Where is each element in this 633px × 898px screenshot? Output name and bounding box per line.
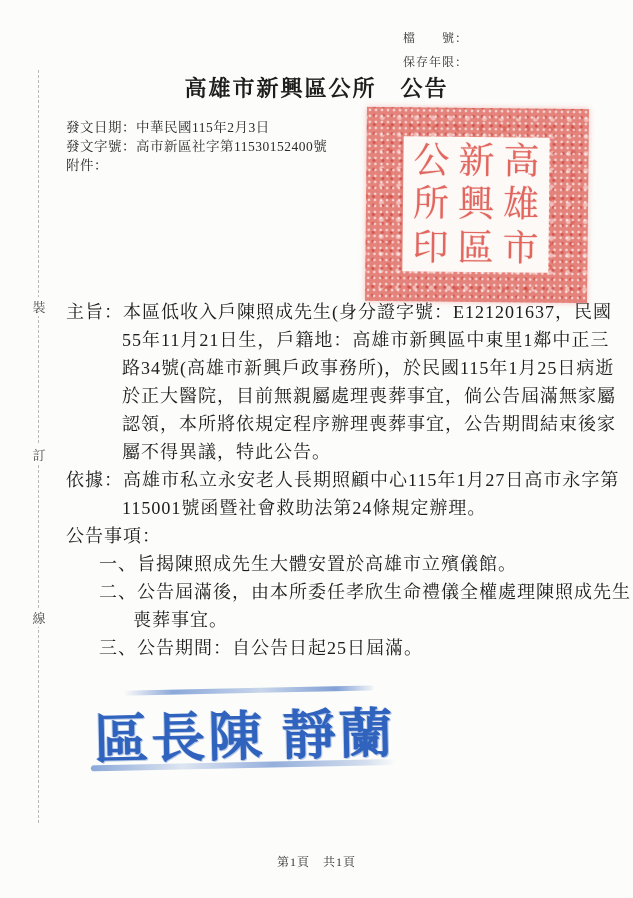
body-line-item-2: 二、公告屆滿後，由本所委任孝欣生命禮儀全權處理陳照成先生: [99, 580, 631, 604]
document-meta: 發文日期：中華民國115年2月3日 發文字號：高市新區社字第1153015240…: [66, 118, 327, 175]
body-line-subject-3: 路34號(高雄市新興戶政事務所)，於民國115年1月25日病逝: [122, 356, 614, 380]
seal-char: 所: [409, 183, 453, 224]
attachment-label: 附件：: [66, 156, 327, 175]
binding-mark-ding: 訂: [31, 445, 47, 464]
archive-number-label: 檔 號：: [403, 26, 468, 50]
seal-inner-face: 公 所 印 新 興 區 高 雄 市: [402, 136, 549, 273]
page-number: 第1頁 共1頁: [0, 853, 633, 870]
body-line-subject-1: 主旨：本區低收入戶陳照成先生(身分證字號：E121201637，民國: [66, 300, 612, 324]
body-line-subject-5: 認領，本所將依規定程序辦理喪葬事宜，公告期間結束後家: [122, 412, 616, 436]
seal-char: 印: [408, 227, 452, 268]
body-line-item-1: 一、旨揭陳照成先生大體安置於高雄市立殯儀館。: [99, 552, 517, 576]
body-line-item-2-cont: 喪葬事宜。: [133, 608, 228, 632]
seal-char: 高: [499, 141, 543, 182]
seal-column-middle: 新 興 區: [453, 139, 498, 270]
retention-period-label: 保存年限：: [403, 50, 468, 74]
body-line-subject-4: 於正大醫院，目前無親屬處理喪葬事宜，倘公告屆滿無家屬: [122, 384, 616, 408]
body-line-subject-6: 屬不得異議，特此公告。: [122, 440, 331, 464]
body-line-subject-2: 55年11月21日生，戶籍地：高雄市新興區中東里1鄰中正三: [122, 328, 609, 352]
seal-char: 雄: [499, 184, 543, 225]
archive-labels: 檔 號： 保存年限：: [403, 26, 468, 74]
seal-char: 市: [498, 228, 542, 269]
issue-number: 發文字號：高市新區社字第11530152400號: [66, 137, 327, 156]
seal-char: 公: [409, 140, 453, 181]
binding-mark-zhuang: 裝: [31, 297, 47, 316]
seal-char: 新: [454, 140, 498, 181]
seal-column-left: 公 所 印: [408, 138, 453, 269]
seal-char: 興: [454, 184, 498, 225]
official-seal-stamp: 公 所 印 新 興 區 高 雄 市: [365, 107, 589, 303]
body-line-basis-2: 115001號函暨社會救助法第24條規定辦理。: [122, 496, 486, 520]
page-title: 高雄市新興區公所 公告: [0, 72, 633, 103]
body-line-basis-1: 依據：高雄市私立永安老人長期照顧中心115年1月27日高市永字第: [66, 468, 619, 492]
district-chief-signature-stamp: 區長陳 靜蘭: [89, 683, 411, 774]
body-line-item-3: 三、公告期間：自公告日起25日屆滿。: [99, 636, 423, 660]
issue-date: 發文日期：中華民國115年2月3日: [66, 118, 327, 137]
binding-mark-xian: 線: [31, 608, 47, 627]
body-line-items-header: 公告事項：: [66, 524, 161, 548]
seal-column-right: 高 雄 市: [498, 139, 543, 270]
scanned-announcement-page: 檔 號： 保存年限： 高雄市新興區公所 公告 發文日期：中華民國115年2月3日…: [0, 0, 633, 898]
seal-char: 區: [453, 227, 497, 268]
